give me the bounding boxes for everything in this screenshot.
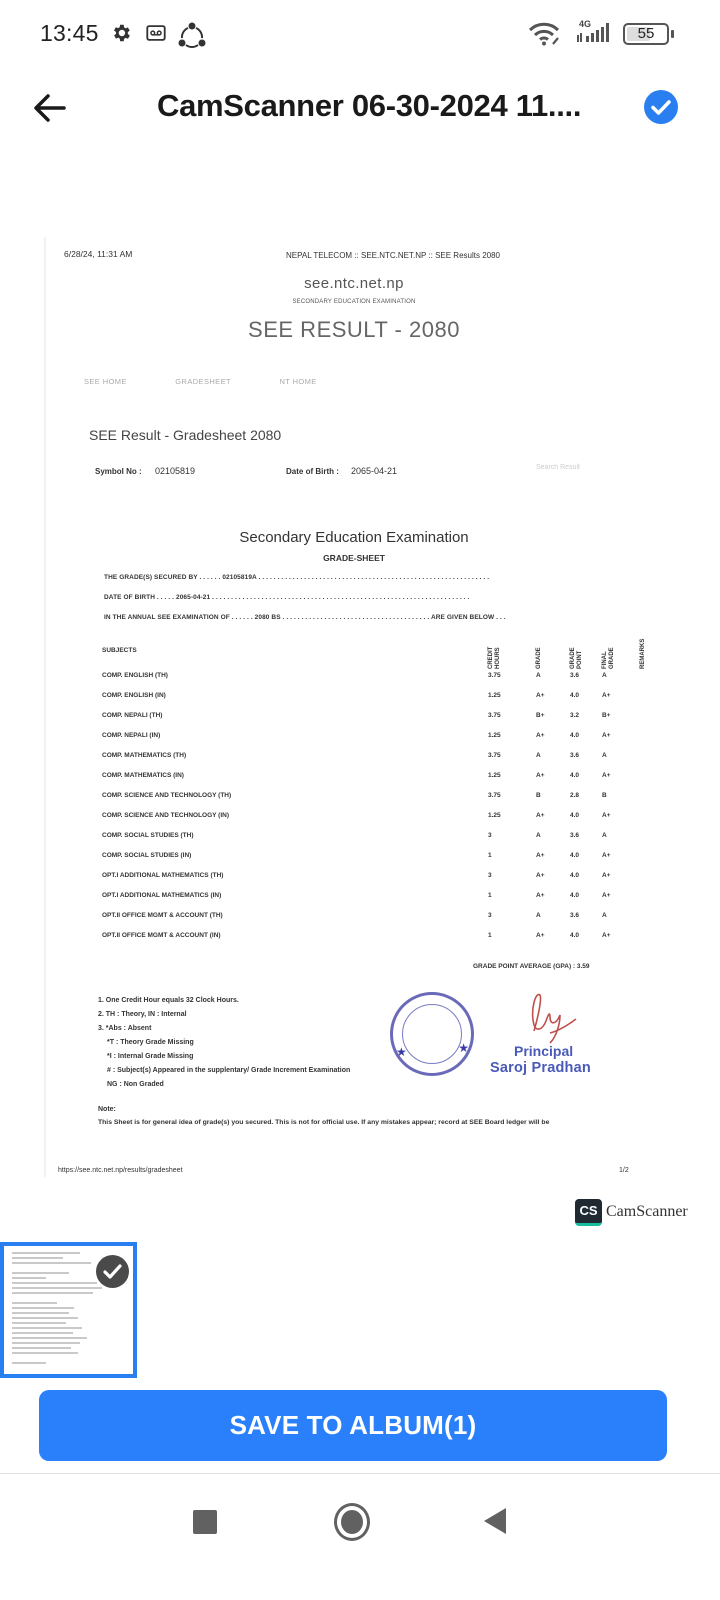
signal-4g-icon: 4G — [576, 18, 616, 51]
symbol-value: 02105819 — [155, 466, 195, 476]
page-thumbnail[interactable] — [0, 1242, 137, 1378]
dob-value: 2065-04-21 — [351, 466, 397, 476]
table-row: COMP. SCIENCE AND TECHNOLOGY (IN)1.25A+4… — [102, 812, 602, 832]
app-header: CamScanner 06-30-2024 11.... — [0, 68, 720, 148]
print-date: 6/28/24, 11:31 AM — [64, 249, 132, 259]
site-subtitle: SECONDARY EDUCATION EXAMINATION — [44, 299, 664, 305]
table-row: OPT.I ADDITIONAL MATHEMATICS (IN)1A+4.0A… — [102, 892, 602, 912]
footer-page-number: 1/2 — [619, 1167, 629, 1174]
doc-nav-links: SEE HOME GRADESHEET NT HOME — [84, 377, 363, 386]
camscanner-brand: CamScanner — [606, 1203, 688, 1221]
recents-icon[interactable] — [193, 1510, 217, 1534]
arrow-left-icon — [28, 86, 72, 130]
battery-icon: 55 — [623, 23, 669, 45]
camscanner-logo-icon: CS — [575, 1199, 602, 1226]
voicemail-icon — [145, 22, 167, 49]
dob-label: Date of Birth : — [286, 467, 339, 476]
subjects-header: SUBJECTS — [102, 647, 137, 654]
home-icon[interactable] — [334, 1503, 370, 1541]
footer-url: https://see.ntc.net.np/results/gradeshee… — [58, 1167, 183, 1174]
column-header: GRADE — [536, 647, 543, 669]
signatory-title: Principal — [514, 1043, 573, 1059]
table-row: OPT.II OFFICE MGMT & ACCOUNT (IN)1A+4.0A… — [102, 932, 602, 952]
table-row: COMP. SCIENCE AND TECHNOLOGY (TH)3.75B2.… — [102, 792, 602, 812]
table-row: COMP. SOCIAL STUDIES (IN)1A+4.0A+ — [102, 852, 602, 872]
table-row: OPT.II OFFICE MGMT & ACCOUNT (TH)3A3.6A — [102, 912, 602, 932]
status-bar: 13:45 4G 55 — [0, 0, 720, 68]
signature — [520, 989, 580, 1047]
table-row: COMP. MATHEMATICS (IN)1.25A+4.0A+ — [102, 772, 602, 792]
table-row: COMP. NEPALI (TH)3.75B+3.2B+ — [102, 712, 602, 732]
gear-icon — [110, 22, 132, 49]
column-header: CREDITHOURS — [488, 647, 502, 669]
back-button[interactable] — [28, 86, 72, 130]
note-text: This Sheet is for general idea of grade(… — [98, 1119, 549, 1126]
result-title: SEE RESULT - 2080 — [44, 317, 664, 343]
grade-sheet-heading: GRADE-SHEET — [44, 553, 664, 563]
exam-line: IN THE ANNUAL SEE EXAMINATION OF . . . .… — [104, 614, 506, 621]
signatory-name: Saroj Pradhan — [490, 1060, 591, 1076]
battery-level: 55 — [625, 25, 667, 42]
column-header: GRADEPOINT — [570, 647, 584, 669]
search-result-ghost: Search Result — [536, 464, 580, 471]
site-name: see.ntc.net.np — [44, 275, 664, 292]
column-header: REMARKS — [640, 639, 647, 669]
legend-notes: 1. One Credit Hour equals 32 Clock Hours… — [98, 994, 350, 1092]
back-icon[interactable] — [484, 1508, 506, 1534]
thumbnail-selected-badge[interactable] — [96, 1255, 129, 1288]
wifi-icon — [528, 22, 562, 51]
school-stamp: ★ ★ — [390, 992, 474, 1076]
gpa: GRADE POINT AVERAGE (GPA) : 3.59 — [473, 963, 590, 970]
share-icon — [178, 22, 206, 53]
dob-line: DATE OF BIRTH . . . . . 2065-04-21 . . .… — [104, 594, 469, 601]
note-header: Note: — [98, 1106, 116, 1113]
status-time: 13:45 — [40, 20, 99, 47]
check-icon — [96, 1255, 129, 1288]
secured-by-line: THE GRADE(S) SECURED BY . . . . . . 0210… — [104, 574, 489, 581]
scanned-document-preview[interactable]: 6/28/24, 11:31 AM NEPAL TELECOM :: SEE.N… — [44, 237, 664, 1177]
check-circle-icon — [644, 90, 678, 124]
network-label: 4G — [579, 19, 591, 29]
table-row: COMP. NEPALI (IN)1.25A+4.0A+ — [102, 732, 602, 752]
table-row: COMP. SOCIAL STUDIES (TH)3A3.6A — [102, 832, 602, 852]
document-title[interactable]: CamScanner 06-30-2024 11.... — [157, 88, 627, 124]
doc-nav-link: NT HOME — [279, 377, 316, 386]
print-header: NEPAL TELECOM :: SEE.NTC.NET.NP :: SEE R… — [286, 251, 500, 260]
doc-nav-link: GRADESHEET — [175, 377, 231, 386]
table-row: COMP. ENGLISH (TH)3.75A3.6A — [102, 672, 602, 692]
exam-title: Secondary Education Examination — [44, 529, 664, 546]
table-row: COMP. MATHEMATICS (TH)3.75A3.6A — [102, 752, 602, 772]
column-header: FINALGRADE — [602, 647, 616, 669]
doc-nav-link: SEE HOME — [84, 377, 127, 386]
save-to-album-button[interactable]: SAVE TO ALBUM(1) — [39, 1390, 667, 1461]
select-all-button[interactable] — [644, 90, 678, 124]
table-row: OPT.I ADDITIONAL MATHEMATICS (TH)3A+4.0A… — [102, 872, 602, 892]
table-row: COMP. ENGLISH (IN)1.25A+4.0A+ — [102, 692, 602, 712]
divider — [0, 1473, 720, 1474]
symbol-label: Symbol No : — [95, 467, 142, 476]
gradesheet-title: SEE Result - Gradesheet 2080 — [89, 427, 281, 443]
